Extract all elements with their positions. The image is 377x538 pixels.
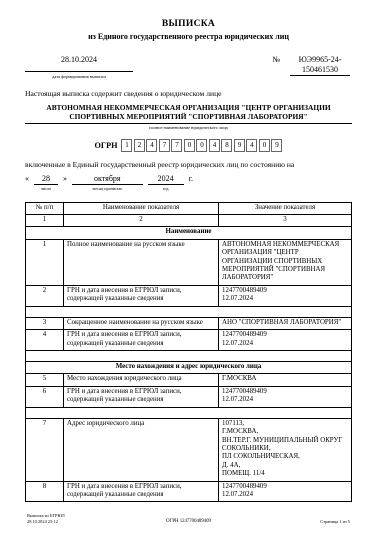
section-row-address: Место нахождения и адрес юридического ли…: [26, 361, 352, 373]
ogrn-digit: 7: [171, 139, 182, 152]
ogrn-digit: 7: [159, 139, 170, 152]
state-day-label: число: [34, 186, 58, 191]
state-month: октября: [72, 174, 143, 185]
ogrn-label: ОГРН: [95, 141, 118, 150]
formation-date: 28.10.2024: [25, 55, 133, 72]
state-date-row: « 28 число » октября месяц прописью 2024…: [25, 174, 352, 191]
org-full-name: АВТОНОМНАЯ НЕКОММЕРЧЕСКАЯ ОРГАНИЗАЦИЯ "Ц…: [25, 103, 352, 125]
table-row: 4 ГРН и дата внесения в ЕГРЮЛ записи, со…: [26, 330, 352, 351]
ogrn-digit: 4: [209, 139, 220, 152]
col-number-3: 3: [219, 214, 352, 226]
ogrn-digit: 2: [134, 139, 145, 152]
page-title: ВЫПИСКА: [25, 19, 352, 29]
ogrn-digit: 0: [184, 139, 195, 152]
col-number-1: 1: [26, 214, 64, 226]
footer-page-number: Страница 1 из 5: [260, 519, 350, 525]
state-day: 28: [34, 174, 58, 185]
state-day-segment: 28 число: [34, 174, 58, 191]
page-footer: Выписка из ЕГРЮЛ 28.10.2024 23:12 ОГРН 1…: [27, 513, 350, 525]
spacer-row: [26, 306, 352, 317]
ogrn-digit-boxes: 1247700489409: [121, 139, 282, 152]
spacer-row: [26, 407, 352, 418]
col-number-2: 2: [64, 214, 219, 226]
table-row: 2 ГРН и дата внесения в ЕГРЮЛ записи, со…: [26, 285, 352, 306]
ogrn-digit: 1: [121, 139, 132, 152]
table-row: 7 Адрес юридического лица 107113, Г.МОСК…: [26, 418, 352, 481]
ogrn-digit: 8: [221, 139, 232, 152]
formation-date-block: 28.10.2024 дата формирования выписки: [25, 55, 133, 79]
table-row: 6 ГРН и дата внесения в ЕГРЮЛ записи, со…: [26, 386, 352, 407]
ogrn-digit: 4: [246, 139, 257, 152]
page-subtitle: из Единого государственного реестра юрид…: [25, 32, 352, 41]
footer-timestamp: 28.10.2024 23:12: [27, 519, 117, 525]
ogrn-digit: 9: [271, 139, 282, 152]
ogrn-digit: 9: [234, 139, 245, 152]
document-page: ВЫПИСКА из Единого государственного реес…: [0, 0, 377, 538]
state-month-segment: октября месяц прописью: [72, 174, 143, 191]
ogrn-digit: 0: [259, 139, 270, 152]
close-quote: »: [63, 174, 67, 183]
footer-left: Выписка из ЕГРЮЛ 28.10.2024 23:12: [27, 513, 117, 525]
indicators-table: № п/п Наименование показателя Значение п…: [25, 202, 352, 503]
table-row: 3 Сокращенное наименование на русском яз…: [26, 317, 352, 329]
open-quote: «: [25, 174, 29, 183]
spacer-row: [26, 350, 352, 361]
org-name-label: полное наименование юридического лица: [25, 125, 352, 130]
col-header-name: Наименование показателя: [64, 202, 219, 214]
table-numbering-row: 1 2 3: [26, 214, 352, 226]
intro-text: Настоящая выписка содержит сведения о юр…: [25, 89, 352, 98]
table-row: 8 ГРН и дата внесения в ЕГРЮЛ записи, со…: [26, 481, 352, 502]
col-header-num: № п/п: [26, 202, 64, 214]
section-row-name: Наименование: [26, 227, 352, 239]
col-header-value: Значение показателя: [219, 202, 352, 214]
table-row: 5 Место нахождения юридического лица Г.М…: [26, 374, 352, 386]
ogrn-row: ОГРН 1247700489409: [25, 139, 352, 152]
extract-number: ЮЭ9965-24- 150461530: [290, 55, 350, 76]
year-suffix: г.: [189, 174, 193, 183]
table-row: 1 Полное наименование на русском языке А…: [26, 239, 352, 285]
state-year-segment: 2024 год: [148, 174, 184, 191]
formation-date-label: дата формирования выписки: [25, 74, 133, 79]
org-name-block: АВТОНОМНАЯ НЕКОММЕРЧЕСКАЯ ОРГАНИЗАЦИЯ "Ц…: [25, 103, 352, 131]
table-header-row: № п/п Наименование показателя Значение п…: [26, 202, 352, 214]
ogrn-digit: 4: [146, 139, 157, 152]
state-year-label: год: [148, 186, 184, 191]
state-year: 2024: [148, 174, 184, 185]
number-sign: №: [272, 55, 280, 76]
meta-row: 28.10.2024 дата формирования выписки № Ю…: [25, 55, 352, 79]
state-month-label: месяц прописью: [72, 186, 143, 191]
extract-number-block: № ЮЭ9965-24- 150461530: [272, 55, 350, 76]
ogrn-digit: 0: [196, 139, 207, 152]
footer-ogrn: ОГРН 1247700489409: [117, 519, 260, 525]
included-text: включенные в Единый государственный реес…: [25, 160, 352, 169]
